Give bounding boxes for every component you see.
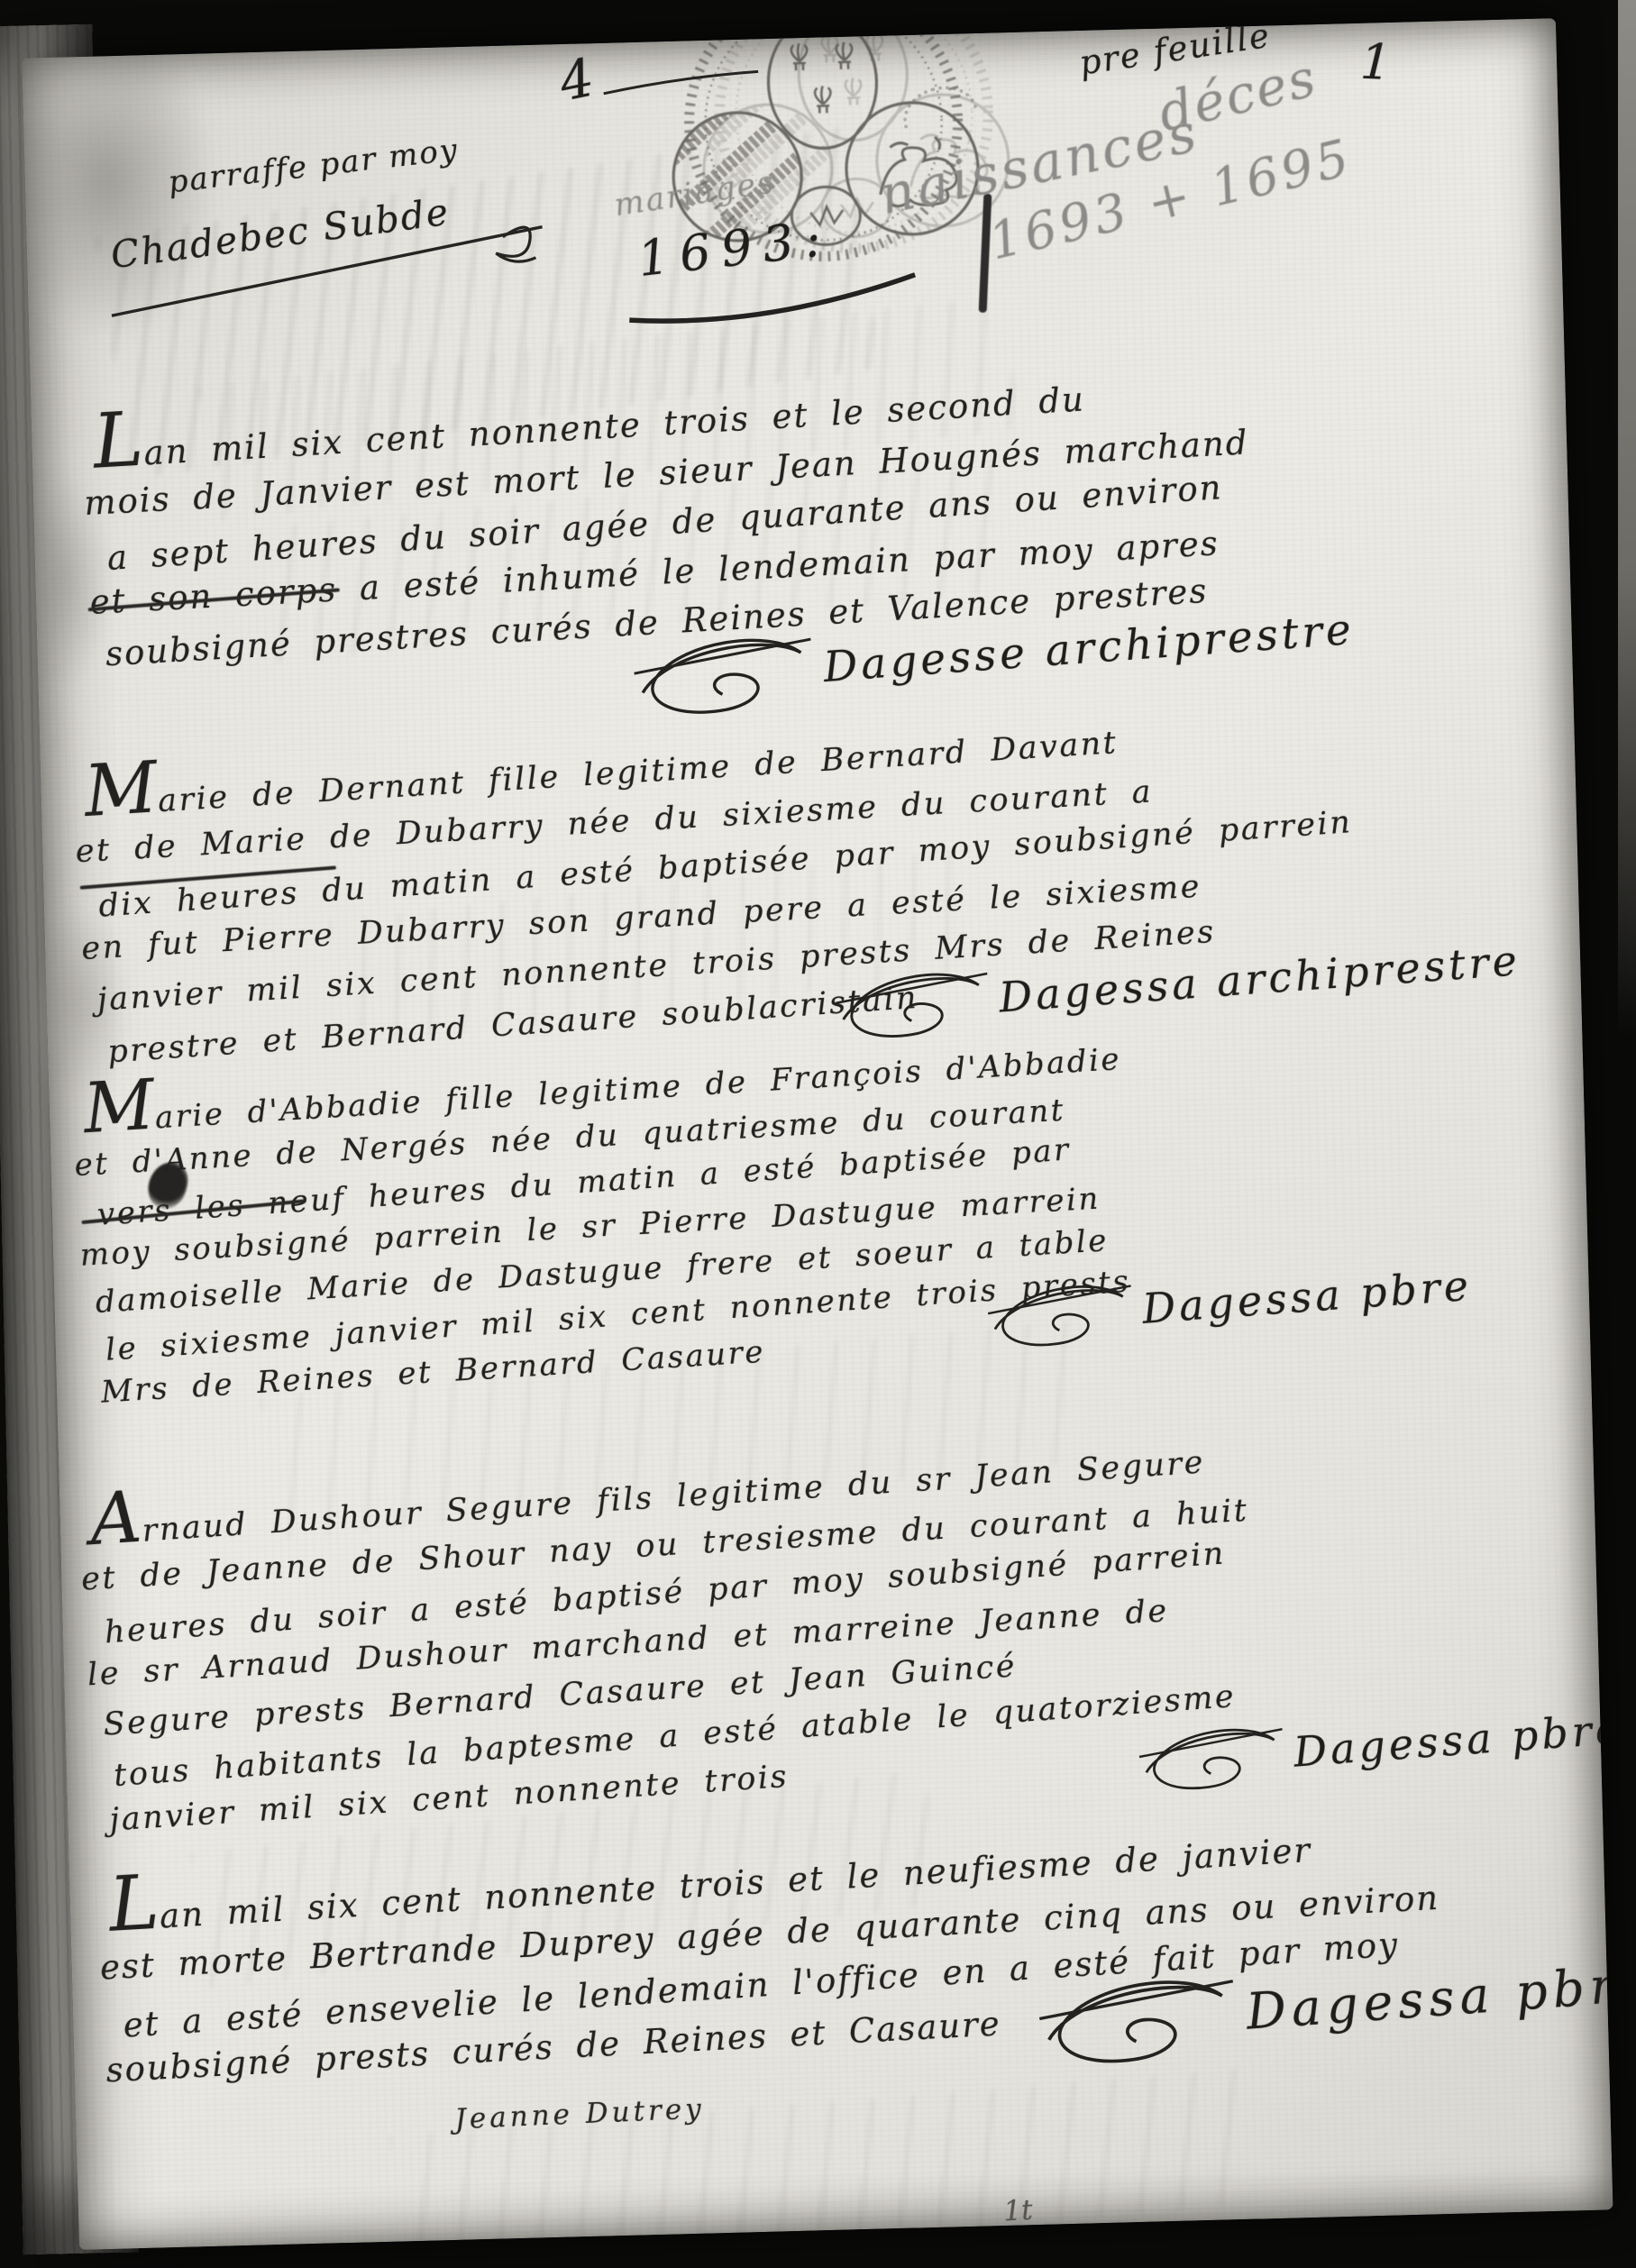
folio-mark: 4 bbox=[554, 47, 599, 114]
baptism-record-arnaud-dushour-segure: Arnaud Dushour Segure fils legitime du s… bbox=[88, 1422, 1278, 1845]
manuscript-paper: parraffe par moy Chadebec Subde 4 pre fe… bbox=[22, 18, 1613, 2250]
signature-paraph-icon bbox=[626, 623, 822, 727]
folio-mark-tail bbox=[599, 59, 763, 99]
bottom-name-annotation: Jeanne Dutrey bbox=[454, 2092, 706, 2135]
signature-paraph-icon bbox=[1133, 1714, 1292, 1801]
year-underline bbox=[623, 268, 921, 330]
signature-paraph-icon bbox=[982, 1270, 1140, 1358]
page-number: 1 bbox=[1359, 33, 1393, 91]
signature-name: Dagessa pbre bbox=[1292, 1704, 1613, 1776]
paraph-flourish bbox=[98, 187, 607, 336]
baptism-record-marie-dabbadie: Marie d'Abbadie fille legitime de Franço… bbox=[82, 1024, 1138, 1415]
adjacent-page-edge bbox=[1618, 0, 1636, 1037]
ink-bleedthrough bbox=[389, 2069, 1254, 2250]
signature-paraph-icon bbox=[1030, 1962, 1244, 2076]
bottom-corner-mark: 1t bbox=[1002, 2194, 1033, 2228]
signature-name: Dagessa pbre bbox=[1140, 1260, 1473, 1332]
signature-name: Dagesse archiprestre bbox=[822, 605, 1357, 692]
signature-name: Dagessa pbre bbox=[1244, 1954, 1613, 2041]
paraph-note: parraffe par moy bbox=[166, 132, 460, 200]
scanned-register-page: parraffe par moy Chadebec Subde 4 pre fe… bbox=[0, 0, 1636, 2268]
